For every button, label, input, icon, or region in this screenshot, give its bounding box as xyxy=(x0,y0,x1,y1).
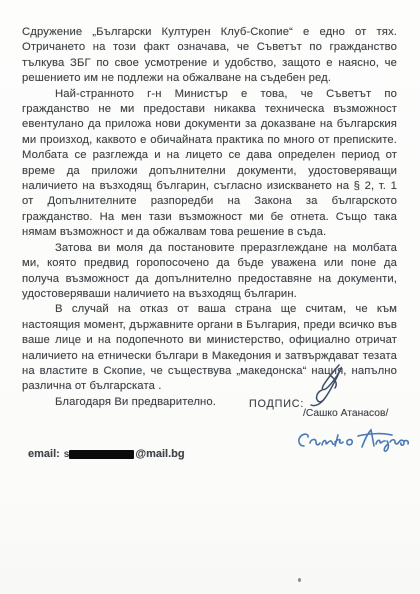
paragraph-3: Затова ви моля да постановите преразглеж… xyxy=(22,241,397,303)
email-domain: @mail.bg xyxy=(135,448,184,460)
paragraph-1: Сдружение „Български Културен Клуб-Скопи… xyxy=(22,25,397,87)
email-line: email: s @mail.bg xyxy=(28,447,185,461)
email-redaction-bar xyxy=(69,450,134,459)
signature-initials-handwriting-icon xyxy=(301,362,351,412)
scanned-letter-page: Сдружение „Български Културен Клуб-Скопи… xyxy=(0,0,420,594)
email-label: email: xyxy=(28,448,60,460)
signature-typed-name: /Сашко Атанасов/ xyxy=(303,408,388,419)
signature-label: ПОДПИС: xyxy=(249,398,304,410)
letter-body: Сдружение „Български Културен Клуб-Скопи… xyxy=(22,25,397,410)
ink-speck xyxy=(297,578,301,583)
paragraph-2: Най-странното г-н Министър е това, че Съ… xyxy=(22,87,397,241)
signature-cursive-handwriting-icon xyxy=(292,427,410,459)
